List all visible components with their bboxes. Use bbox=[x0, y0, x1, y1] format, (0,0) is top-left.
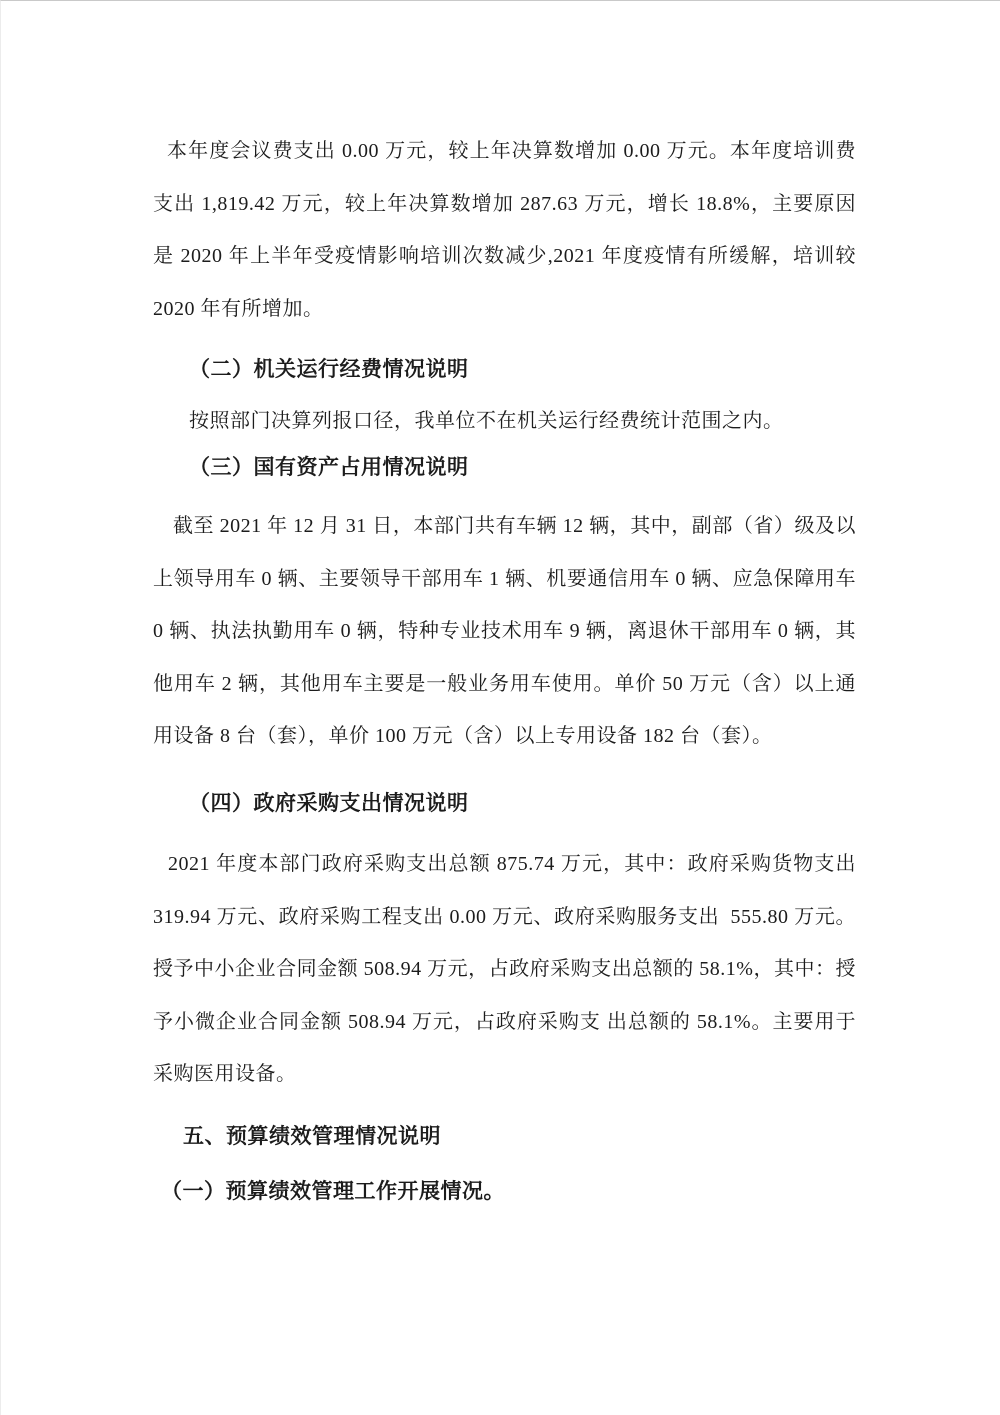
para-meeting-training-expense: 本年度会议费支出 0.00 万元，较上年决算数增加 0.00 万元。本年度培训费… bbox=[153, 125, 856, 335]
heading-section-5-1-work-progress: （一）预算绩效管理工作开展情况。 bbox=[153, 1165, 864, 1218]
heading-section-5-budget-performance: 五、预算绩效管理情况说明 bbox=[153, 1110, 886, 1163]
para-state-assets-vehicles-equipment: 截至 2021 年 12 月 31 日，本部门共有车辆 12 辆，其中，副部（省… bbox=[153, 500, 856, 763]
heading-section-3-state-assets: （三）国有资产占用情况说明 bbox=[153, 441, 892, 494]
document-page: 本年度会议费支出 0.00 万元，较上年决算数增加 0.00 万元。本年度培训费… bbox=[0, 0, 1000, 1415]
para-agency-operating-costs: 按照部门决算列报口径，我单位不在机关运行经费统计范围之内。 bbox=[153, 395, 856, 448]
heading-section-2-agency-operating-costs: （二）机关运行经费情况说明 bbox=[153, 343, 892, 396]
para-government-procurement: 2021 年度本部门政府采购支出总额 875.74 万元，其中：政府采购货物支出… bbox=[153, 838, 856, 1101]
heading-section-4-government-procurement: （四）政府采购支出情况说明 bbox=[153, 777, 892, 830]
